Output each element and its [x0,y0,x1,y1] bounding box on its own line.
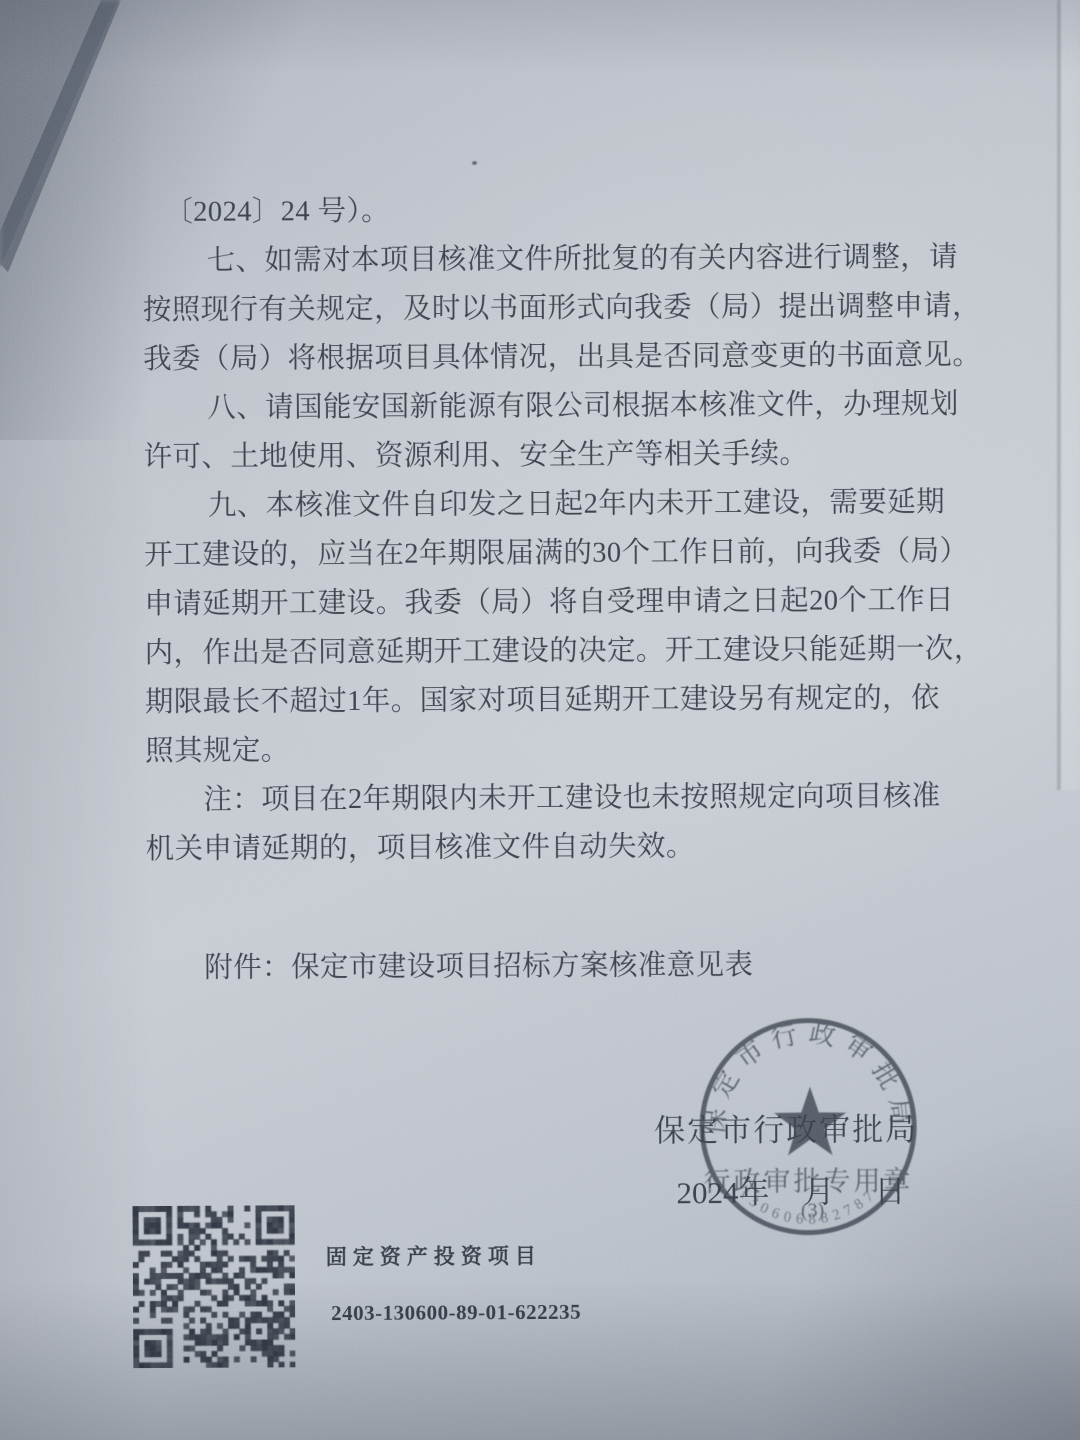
doc-line-item8: 八、请国能安国新能源有限公司根据本核准文件，办理规划 [143,380,959,433]
signature-month-label: 月 [803,1174,834,1209]
doc-line: 期限最长不超过1年。国家对项目延期开工建设另有规定的，依 [145,674,961,727]
project-code: 2403-130600-89-01-622235 [331,1300,581,1326]
doc-line: 按照现行有关规定，及时以书面形式向我委（局）提出调整申请， [143,282,959,335]
signature-day-label: 日 [874,1174,905,1209]
doc-note-line: 注：项目在2年期限内未开工建设也未按照规定向项目核准 [145,772,961,825]
doc-line: 照其规定。 [145,723,961,776]
qr-code [133,1205,296,1368]
doc-line-item7: 七、如需对本项目核准文件所批复的有关内容进行调整，请 [142,233,958,286]
doc-number-line: 〔2024〕24 号）。 [142,184,958,237]
doc-line: 机关申请延期的，项目核准文件自动失效。 [146,821,962,874]
document-text: 〔2024〕24 号）。 七、如需对本项目核准文件所批复的有关内容进行调整，请 … [142,184,962,993]
doc-line: 内，作出是否同意延期开工建设的决定。开工建设只能延期一次， [145,625,961,678]
doc-line: 我委（局）将根据项目具体情况，出具是否同意变更的书面意见。 [143,331,959,384]
doc-line: 许可、土地使用、资源利用、安全生产等相关手续。 [143,429,959,482]
signature-date: 2024年月日 [676,1166,905,1212]
signature-authority: 保定市行政审批局 [654,1104,918,1150]
document-photo: 〔2024〕24 号）。 七、如需对本项目核准文件所批复的有关内容进行调整，请 … [0,0,1080,1440]
doc-line: 申请延期开工建设。我委（局）将自受理申请之日起20个工作日 [144,576,960,629]
qr-caption: 固定资产投资项目 [326,1240,542,1271]
document-page: 〔2024〕24 号）。 七、如需对本项目核准文件所批复的有关内容进行调整，请 … [0,0,1080,1440]
doc-line: 开工建设的，应当在2年期限届满的30个工作日前，向我委（局） [144,527,960,580]
doc-line-item9: 九、本核准文件自印发之日起2年内未开工建设，需要延期 [144,478,960,531]
signature-year: 2024年 [676,1175,769,1210]
attachment-line: 附件：保定市建设项目招标方案核准意见表 [146,940,962,993]
